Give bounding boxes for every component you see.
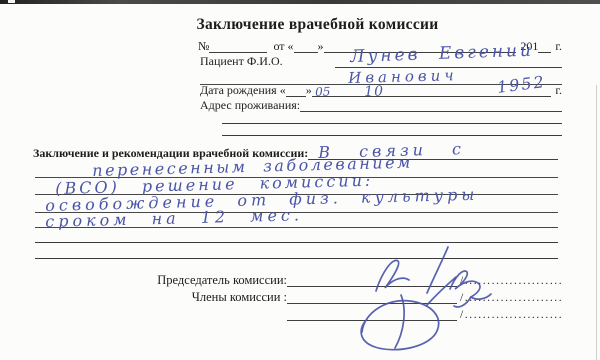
birth-day-line	[286, 96, 306, 97]
handwritten-birth-month: 10	[364, 83, 384, 100]
address-blank-line-1	[222, 123, 562, 124]
dots: ........................	[465, 275, 562, 287]
address-row: Адрес проживания:	[200, 99, 562, 112]
chairman-row: Председатель комиссии: /................…	[100, 274, 562, 287]
patient-label: Пациент Ф.И.О.	[200, 55, 335, 68]
address-blank-line-2	[222, 135, 562, 136]
year-blank-line	[538, 52, 551, 53]
conclusion-blank-line-1	[35, 242, 558, 243]
birthdate-label: Дата рождения «	[200, 84, 286, 97]
number-blank-line	[209, 52, 267, 53]
scan-edge-top	[0, 0, 600, 4]
members-label: Члены комиссии :	[100, 291, 287, 304]
scan-edge-right	[596, 85, 597, 360]
year-unit: г.	[551, 40, 562, 53]
dots: ........................	[465, 292, 562, 304]
birth-monthyear-line	[312, 96, 552, 97]
form-title: Заключение врачебной комиссии	[35, 16, 600, 34]
members-name-dots-2: /......................../	[457, 309, 562, 321]
scan-edge-notch	[8, 0, 15, 3]
handwritten-birth-day: 05	[315, 85, 331, 99]
from-label: от «	[267, 40, 293, 53]
scanned-medical-form: Заключение врачебной комиссии № от « » 2…	[0, 0, 600, 360]
members-signature-line-2	[287, 320, 457, 321]
members-row: Члены комиссии : /......................…	[100, 291, 562, 304]
chairman-signature-line	[287, 286, 457, 287]
chairman-label: Председатель комиссии:	[100, 274, 287, 287]
day-blank-line	[294, 52, 318, 53]
address-line	[300, 111, 562, 112]
members-signature-line	[287, 303, 457, 304]
address-label: Адрес проживания:	[200, 99, 300, 112]
birth-unit: г.	[551, 84, 562, 97]
dots: ........................	[465, 309, 562, 321]
number-label: №	[198, 40, 209, 53]
members-row-2: /......................../	[100, 308, 562, 321]
conclusion-blank-line-2	[35, 258, 558, 259]
members-name-dots: /......................../	[457, 292, 562, 304]
chairman-name-dots: /......................../	[457, 275, 562, 287]
